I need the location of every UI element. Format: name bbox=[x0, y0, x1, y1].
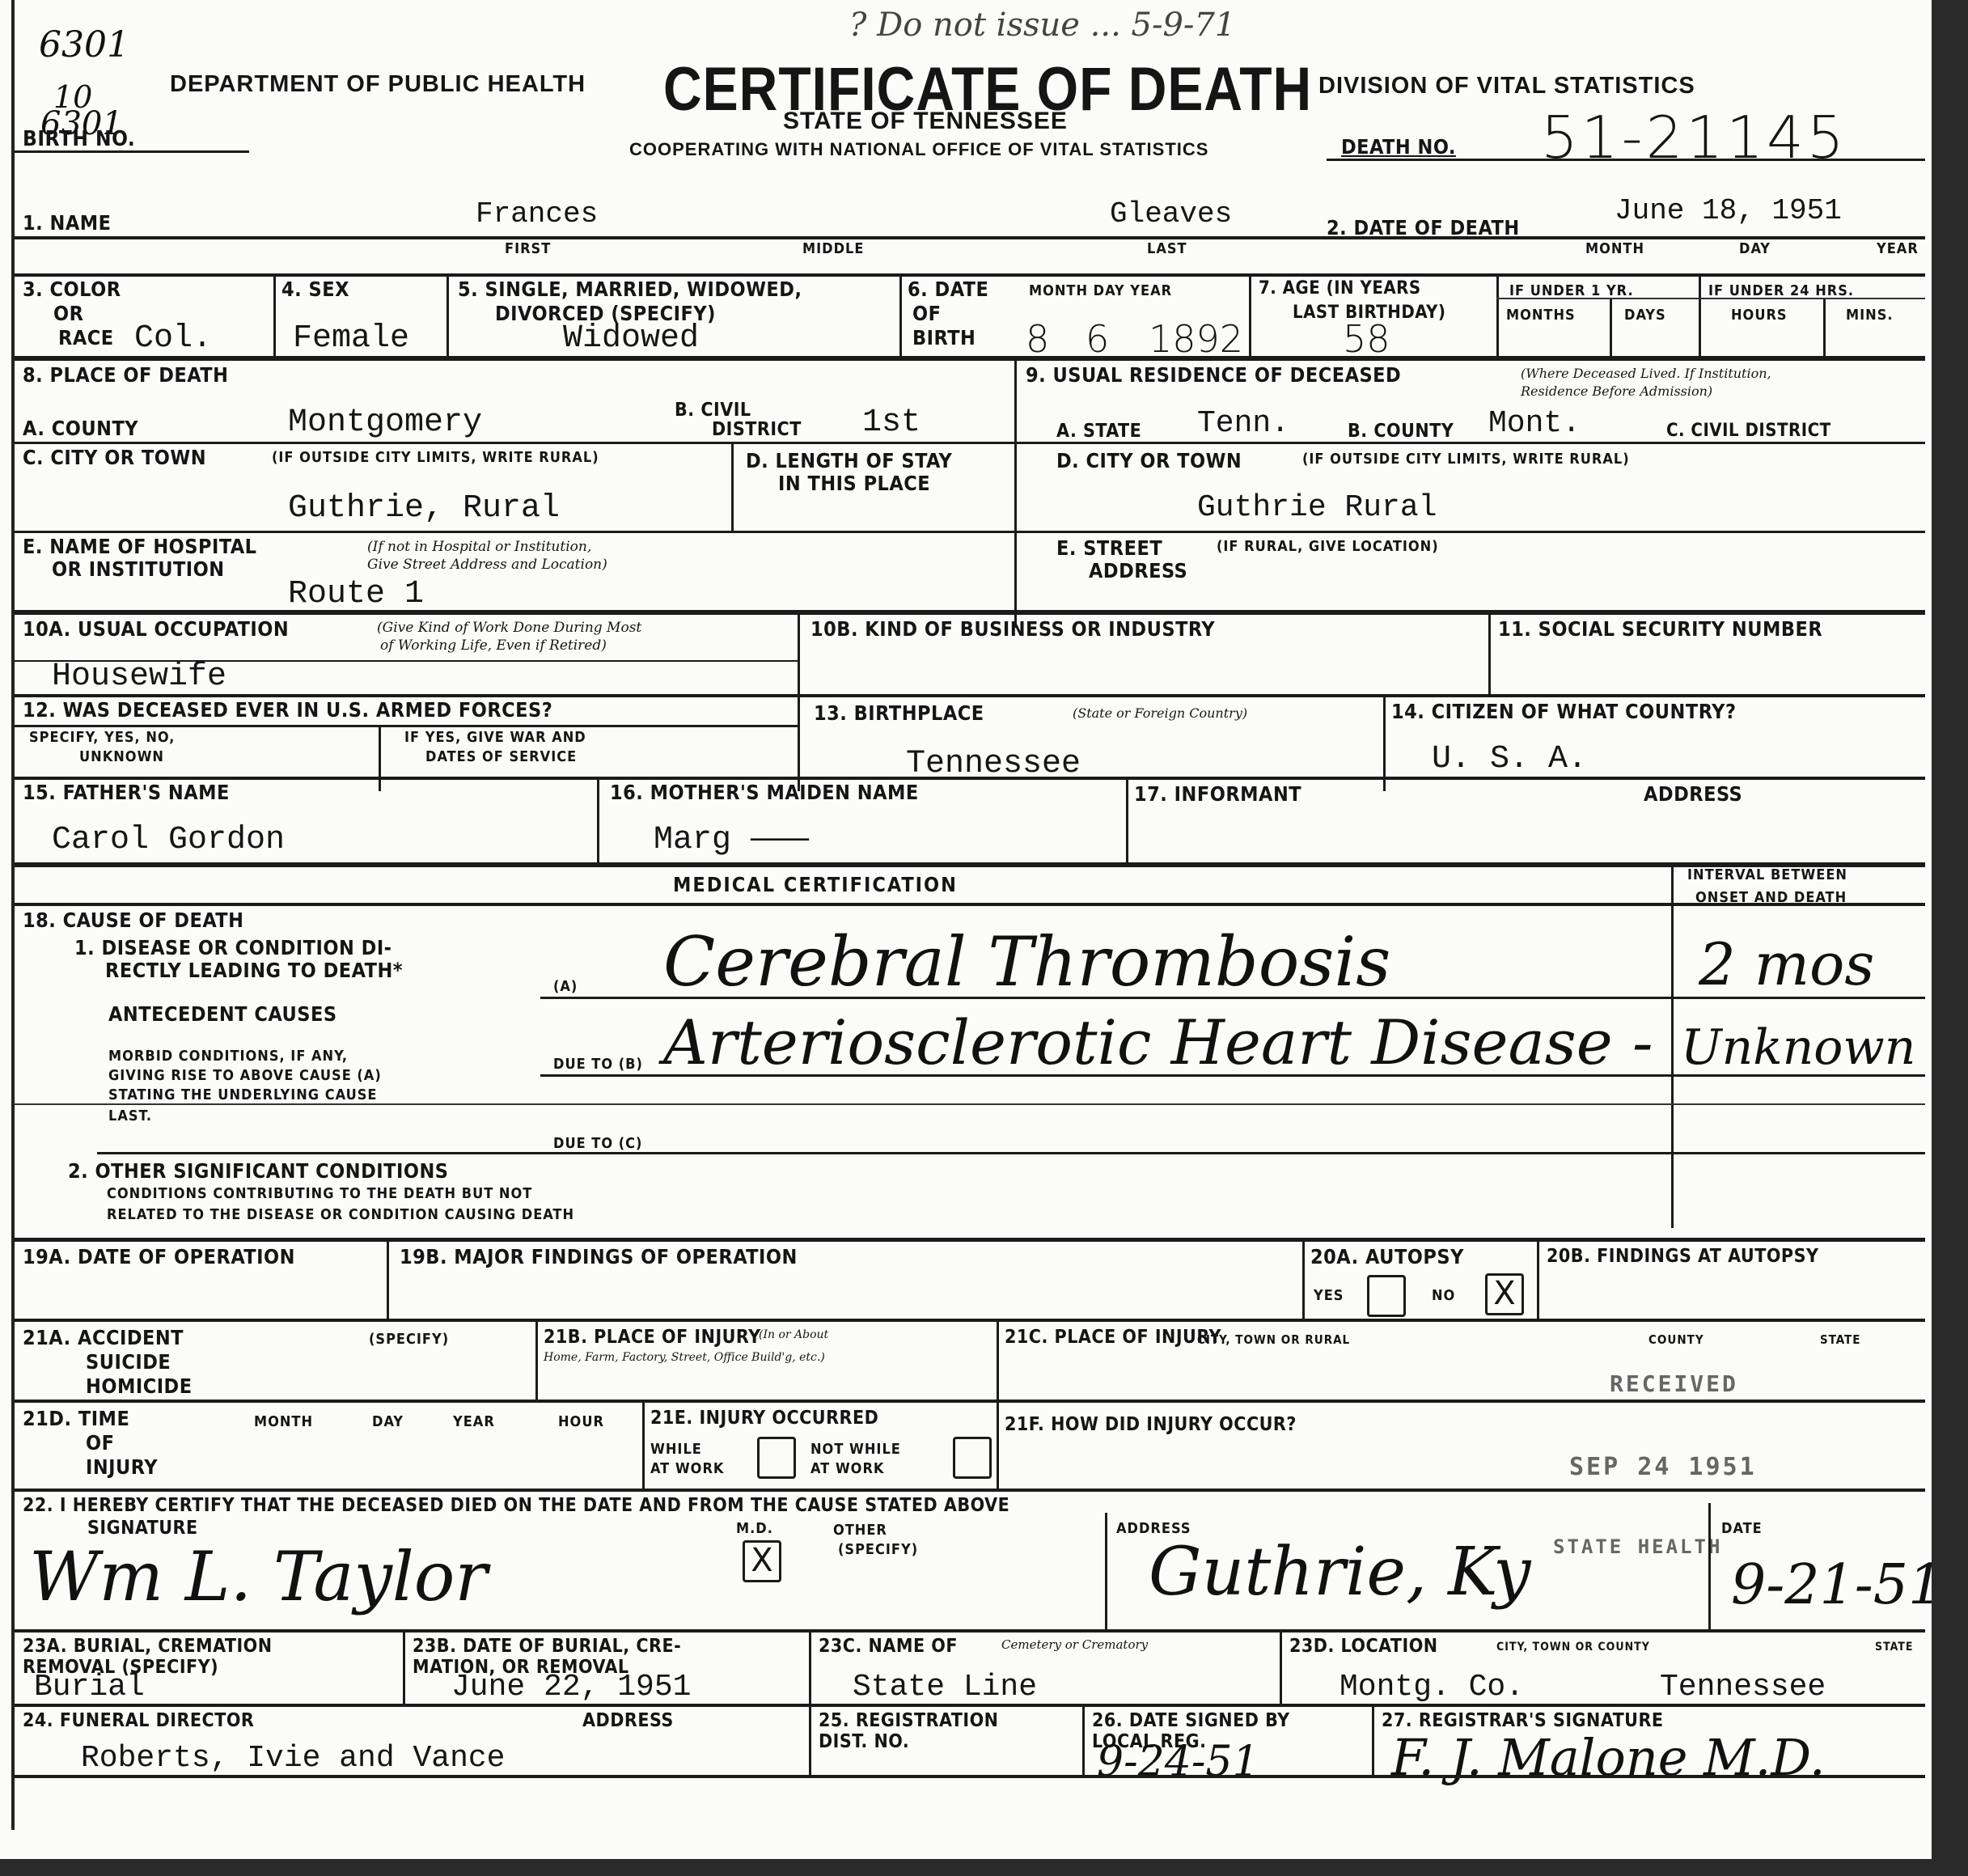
hospital-label: E. NAME OF HOSPITAL bbox=[23, 536, 256, 559]
signature-label: SIGNATURE bbox=[87, 1518, 198, 1539]
funeral-address-label: ADDRESS bbox=[582, 1710, 674, 1731]
dob-month: 8 bbox=[1026, 317, 1049, 361]
funeral-director-label: 24. FUNERAL DIRECTOR bbox=[23, 1710, 254, 1731]
res-state-value: Tenn. bbox=[1197, 406, 1289, 441]
cooperating-line: COOPERATING WITH NATIONAL OFFICE OF VITA… bbox=[629, 139, 1208, 160]
col-divider bbox=[731, 443, 734, 532]
row-divider bbox=[15, 1489, 1925, 1492]
stay-label: D. LENGTH OF STAY bbox=[746, 450, 952, 473]
race-value: Col. bbox=[134, 320, 212, 357]
morbid-label: MORBID CONDITIONS, IF ANY, bbox=[108, 1048, 348, 1065]
injury-time-of: OF bbox=[86, 1432, 115, 1455]
col-divider bbox=[1249, 273, 1251, 356]
injury-day: DAY bbox=[372, 1414, 404, 1431]
cause-a-line bbox=[540, 997, 1925, 999]
armed-war: IF YES, GIVE WAR AND bbox=[404, 730, 586, 747]
res-county-value: Mont. bbox=[1488, 406, 1581, 441]
col-divider bbox=[1488, 613, 1491, 697]
last-name: Gleaves bbox=[1110, 197, 1232, 231]
cause-b-value: Arteriosclerotic Heart Disease - bbox=[663, 1006, 1653, 1078]
mins-label: MINS. bbox=[1846, 307, 1894, 324]
death-certificate: 6301 10 6301 BIRTH NO. DEPARTMENT OF PUB… bbox=[0, 0, 1932, 1859]
burial-state-hint: STATE bbox=[1875, 1641, 1913, 1654]
days-label: DAYS bbox=[1624, 307, 1666, 324]
citizen-value: U. S. A. bbox=[1432, 741, 1587, 777]
injury-hour: HOUR bbox=[558, 1414, 604, 1431]
mother-label: 16. MOTHER'S MAIDEN NAME bbox=[610, 781, 919, 805]
hospital-label-2: OR INSTITUTION bbox=[52, 558, 225, 582]
registration-label-2: DIST. NO. bbox=[819, 1731, 909, 1752]
cemetery-hint: Cemetery or Crematory bbox=[1001, 1637, 1148, 1652]
cause-of-death-label: 18. CAUSE OF DEATH bbox=[23, 909, 243, 933]
armed-specify-2: UNKNOWN bbox=[79, 749, 164, 766]
occupation-hint-2: of Working Life, Even if Retired) bbox=[380, 637, 607, 654]
morbid-label-3: STATING THE UNDERLYING CAUSE bbox=[108, 1087, 377, 1104]
while-at-work-label-2: AT WORK bbox=[650, 1461, 724, 1478]
death-no-line bbox=[1327, 159, 1925, 161]
certifier-address: Guthrie, Ky bbox=[1149, 1534, 1531, 1611]
civil-district-label-2: DISTRICT bbox=[712, 419, 802, 440]
injury-year: YEAR bbox=[453, 1414, 495, 1431]
division-name: DIVISION OF VITAL STATISTICS bbox=[1318, 73, 1695, 100]
race-label: RACE bbox=[58, 327, 114, 350]
certify-date-label: DATE bbox=[1721, 1521, 1763, 1538]
date-signed-label: 26. DATE SIGNED BY bbox=[1092, 1710, 1290, 1731]
burial-location-label: 23D. LOCATION bbox=[1289, 1636, 1438, 1657]
col-divider bbox=[997, 1320, 999, 1490]
residence-label: 9. USUAL RESIDENCE OF DECEASED bbox=[1026, 364, 1401, 387]
name-label: 1. NAME bbox=[23, 212, 112, 235]
col-divider bbox=[1302, 1239, 1305, 1320]
dob-label: 6. DATE bbox=[908, 278, 988, 302]
row-divider bbox=[15, 1775, 1925, 1778]
injury-type-suicide: SUICIDE bbox=[86, 1351, 171, 1374]
civil-district-value: 1st bbox=[862, 404, 921, 441]
cause-b-interval: Unknown bbox=[1681, 1019, 1915, 1076]
city-hint: (IF OUTSIDE CITY LIMITS, WRITE RURAL) bbox=[272, 450, 599, 467]
cemetery-value: State Line bbox=[853, 1670, 1037, 1704]
stay-label-2: IN THIS PLACE bbox=[778, 472, 930, 496]
state-name: STATE OF TENNESSEE bbox=[783, 108, 1068, 135]
interval-divider bbox=[1671, 864, 1674, 1228]
color-label: 3. COLOR bbox=[23, 278, 121, 302]
first-name: Frances bbox=[476, 197, 598, 231]
registrar-signature: F. J. Malone M.D. bbox=[1391, 1728, 1826, 1787]
disease-label-2: RECTLY LEADING TO DEATH* bbox=[105, 959, 403, 983]
registration-label: 25. REGISTRATION bbox=[819, 1710, 999, 1731]
injury-place-c-label: 21C. PLACE OF INJURY bbox=[1005, 1327, 1221, 1348]
citizen-label: 14. CITIZEN OF WHAT COUNTRY? bbox=[1391, 701, 1737, 724]
armed-specify: SPECIFY, YES, NO, bbox=[29, 730, 175, 747]
autopsy-no-checkbox[interactable]: X bbox=[1485, 1273, 1524, 1315]
certify-statement: 22. I HEREBY CERTIFY THAT THE DECEASED D… bbox=[23, 1495, 1009, 1516]
physician-signature: Wm L. Taylor bbox=[29, 1537, 488, 1616]
date-signed-value: 9-24-51 bbox=[1097, 1738, 1259, 1786]
marital-label: 5. SINGLE, MARRIED, WIDOWED, bbox=[458, 278, 802, 302]
sub-first: FIRST bbox=[505, 241, 551, 258]
death-no: 51-21145 bbox=[1541, 104, 1847, 172]
other-conditions-hint-2: RELATED TO THE DISEASE OR CONDITION CAUS… bbox=[107, 1207, 574, 1224]
informant-label: 17. INFORMANT bbox=[1134, 783, 1301, 807]
street-label: E. STREET bbox=[1056, 537, 1162, 561]
cause-b-label: DUE TO (B) bbox=[553, 1057, 643, 1074]
col-divider bbox=[597, 778, 599, 867]
certify-date: 9-21-51 bbox=[1731, 1553, 1943, 1617]
injury-month: MONTH bbox=[254, 1414, 313, 1431]
col-divider bbox=[387, 1239, 389, 1320]
marital-value: Widowed bbox=[563, 320, 699, 357]
hospital-hint-2: Give Street Address and Location) bbox=[367, 557, 607, 573]
top-annotation: ? Do not issue ... 5-9-71 bbox=[849, 6, 1235, 44]
hospital-value: Route 1 bbox=[288, 576, 424, 612]
col-divider bbox=[1280, 1631, 1282, 1705]
row-divider bbox=[15, 236, 1925, 239]
mother-value: Marg ——— bbox=[654, 822, 809, 858]
age-subdivider bbox=[1496, 298, 1925, 299]
burial-state-value: Tennessee bbox=[1660, 1670, 1826, 1704]
sub-middle: MIDDLE bbox=[802, 241, 864, 258]
other-specify: (SPECIFY) bbox=[838, 1542, 918, 1559]
cause-b-line bbox=[540, 1074, 1925, 1077]
other-label: OTHER bbox=[833, 1522, 887, 1539]
received-date-stamp: SEP 24 1951 bbox=[1569, 1453, 1757, 1481]
col-divider bbox=[1537, 1239, 1539, 1320]
medical-heading: MEDICAL CERTIFICATION bbox=[673, 874, 958, 897]
burial-type-value: Burial bbox=[34, 1670, 145, 1704]
occupation-value: Housewife bbox=[52, 659, 226, 695]
cause-a-label: (A) bbox=[553, 979, 578, 996]
injury-place-hint-2: Home, Farm, Factory, Street, Office Buil… bbox=[544, 1351, 825, 1365]
disease-label: 1. DISEASE OR CONDITION DI- bbox=[74, 937, 392, 960]
injury-c-county: COUNTY bbox=[1648, 1333, 1704, 1347]
business-label: 10B. KIND OF BUSINESS OR INDUSTRY bbox=[810, 618, 1215, 642]
row-divider bbox=[15, 725, 798, 727]
birthplace-hint: (State or Foreign Country) bbox=[1073, 705, 1247, 721]
informant-address-label: ADDRESS bbox=[1644, 783, 1742, 807]
birthplace-label: 13. BIRTHPLACE bbox=[814, 702, 984, 726]
row-divider bbox=[15, 1400, 1925, 1403]
residence-hint: (Where Deceased Lived. If Institution, bbox=[1521, 366, 1771, 381]
father-label: 15. FATHER'S NAME bbox=[23, 781, 230, 805]
not-at-work-checkbox[interactable] bbox=[953, 1437, 992, 1479]
injury-occurred-label: 21E. INJURY OCCURRED bbox=[650, 1408, 878, 1429]
injury-place-hint: (In or About bbox=[759, 1328, 828, 1342]
col-divider bbox=[899, 273, 902, 356]
res-city-label: D. CITY OR TOWN bbox=[1056, 450, 1242, 473]
row-divider bbox=[15, 903, 1925, 906]
place-of-death-label: 8. PLACE OF DEATH bbox=[23, 364, 228, 387]
age-value: 58 bbox=[1343, 317, 1390, 361]
row-divider bbox=[15, 1319, 1925, 1322]
burial-type-label: 23A. BURIAL, CREMATION bbox=[23, 1636, 273, 1657]
cause-a-value: Cerebral Thrombosis bbox=[663, 922, 1390, 1002]
col-divider bbox=[1823, 298, 1826, 356]
county-label: A. COUNTY bbox=[23, 417, 138, 441]
injury-time-injury: INJURY bbox=[86, 1456, 158, 1480]
injury-time-label: 21D. TIME bbox=[23, 1408, 129, 1431]
ssn-label: 11. SOCIAL SECURITY NUMBER bbox=[1498, 618, 1822, 642]
row-divider bbox=[15, 273, 1925, 277]
street-label-2: ADDRESS bbox=[1089, 560, 1187, 583]
occupation-hint: (Give Kind of Work Done During Most bbox=[377, 620, 641, 636]
dob-label-birth: BIRTH bbox=[912, 327, 976, 350]
morbid-label-4: LAST. bbox=[108, 1108, 152, 1125]
row-divider bbox=[15, 694, 1925, 697]
hospital-hint: (If not in Hospital or Institution, bbox=[367, 539, 591, 555]
res-state-label: A. STATE bbox=[1056, 421, 1141, 442]
injury-c-city: CITY, TOWN OR RURAL bbox=[1197, 1333, 1350, 1347]
sub-month: MONTH bbox=[1585, 241, 1644, 258]
operation-date-label: 19A. DATE OF OPERATION bbox=[23, 1246, 295, 1269]
col-divider bbox=[1126, 778, 1128, 867]
not-at-work-label: NOT WHILE bbox=[810, 1442, 901, 1459]
row-divider bbox=[15, 862, 1925, 867]
while-at-work-checkbox[interactable] bbox=[757, 1437, 796, 1479]
antecedent-label: ANTECEDENT CAUSES bbox=[108, 1003, 337, 1027]
autopsy-findings-label: 20B. FINDINGS AT AUTOPSY bbox=[1547, 1246, 1818, 1267]
col-divider bbox=[273, 273, 276, 356]
cause-c-label: DUE TO (C) bbox=[553, 1136, 642, 1153]
birth-no-label: BIRTH NO. bbox=[23, 128, 135, 152]
burial-date-value: June 22, 1951 bbox=[451, 1670, 691, 1704]
col-divider bbox=[1610, 298, 1612, 356]
burial-location-hint: CITY, TOWN OR COUNTY bbox=[1496, 1641, 1650, 1654]
col-divider bbox=[1082, 1705, 1085, 1776]
hours-label: HOURS bbox=[1731, 307, 1788, 324]
cause-mid-line bbox=[15, 1103, 1925, 1105]
row-divider bbox=[15, 531, 1925, 533]
operation-findings-label: 19B. MAJOR FINDINGS OF OPERATION bbox=[400, 1246, 798, 1269]
col-divider bbox=[1699, 273, 1701, 356]
interval-label: INTERVAL BETWEEN bbox=[1687, 867, 1847, 884]
autopsy-label: 20A. AUTOPSY bbox=[1310, 1246, 1464, 1269]
sex-value: Female bbox=[293, 320, 409, 357]
burial-date-label: 23B. DATE OF BURIAL, CRE- bbox=[413, 1636, 681, 1657]
col-divider bbox=[447, 273, 449, 356]
autopsy-yes-label: YES bbox=[1314, 1288, 1344, 1305]
residence-hint-2: Residence Before Admission) bbox=[1521, 383, 1712, 399]
res-civil-label: C. CIVIL DISTRICT bbox=[1666, 421, 1831, 441]
city-value: Guthrie, Rural bbox=[288, 490, 560, 527]
armed-forces-label: 12. WAS DECEASED EVER IN U.S. ARMED FORC… bbox=[23, 699, 552, 722]
funeral-director-value: Roberts, Ivie and Vance bbox=[81, 1741, 506, 1776]
dob-sub: MONTH DAY YEAR bbox=[1029, 283, 1172, 300]
while-at-work-label: WHILE bbox=[650, 1442, 702, 1459]
sub-day: DAY bbox=[1739, 241, 1771, 258]
cause-c-line bbox=[97, 1152, 1925, 1154]
other-conditions-hint: CONDITIONS CONTRIBUTING TO THE DEATH BUT… bbox=[107, 1186, 532, 1203]
cause-a-interval: 2 mos bbox=[1699, 930, 1874, 998]
dob-day: 6 bbox=[1086, 317, 1109, 361]
received-stamp: RECEIVED bbox=[1610, 1370, 1738, 1397]
date-of-death: June 18, 1951 bbox=[1615, 194, 1842, 227]
civil-district-label: B. CIVIL bbox=[675, 400, 751, 421]
row-divider bbox=[15, 610, 1925, 615]
injury-place-label: 21B. PLACE OF INJURY bbox=[544, 1327, 761, 1348]
how-injury-label: 21F. HOW DID INJURY OCCUR? bbox=[1005, 1414, 1297, 1435]
autopsy-no-label: NO bbox=[1432, 1288, 1455, 1305]
armed-war-2: DATES OF SERVICE bbox=[425, 749, 577, 766]
city-label: C. CITY OR TOWN bbox=[23, 447, 206, 470]
death-no-label: DEATH NO. bbox=[1341, 136, 1456, 159]
col-divider bbox=[403, 1631, 405, 1705]
res-county-label: B. COUNTY bbox=[1348, 421, 1454, 442]
state-health-stamp: STATE HEALTH bbox=[1553, 1535, 1722, 1558]
not-at-work-label-2: AT WORK bbox=[810, 1461, 884, 1478]
sub-year: YEAR bbox=[1877, 241, 1919, 258]
col-divider bbox=[1105, 1513, 1107, 1633]
cemetery-label: 23C. NAME OF bbox=[819, 1636, 958, 1657]
department-name: DEPARTMENT OF PUBLIC HEALTH bbox=[170, 71, 586, 98]
burial-county-value: Montg. Co. bbox=[1340, 1670, 1524, 1704]
col-divider bbox=[1014, 361, 1017, 628]
col-divider bbox=[1708, 1503, 1711, 1633]
sex-label: 4. SEX bbox=[281, 278, 349, 302]
injury-c-state: STATE bbox=[1820, 1333, 1860, 1347]
md-label: M.D. bbox=[736, 1521, 773, 1538]
morbid-label-2: GIVING RISE TO ABOVE CAUSE (A) bbox=[108, 1068, 382, 1085]
row-divider bbox=[15, 442, 1925, 444]
col-divider bbox=[642, 1401, 645, 1490]
months-label: MONTHS bbox=[1506, 307, 1576, 324]
injury-type-homicide: HOMICIDE bbox=[86, 1375, 193, 1399]
md-checkbox[interactable]: X bbox=[743, 1540, 781, 1582]
col-divider bbox=[798, 613, 800, 791]
street-hint: (IF RURAL, GIVE LOCATION) bbox=[1217, 539, 1439, 556]
father-value: Carol Gordon bbox=[52, 822, 285, 858]
occupation-label: 10A. USUAL OCCUPATION bbox=[23, 618, 289, 642]
dob-year: 1892 bbox=[1149, 317, 1243, 361]
col-divider bbox=[379, 725, 381, 791]
res-city-hint: (IF OUTSIDE CITY LIMITS, WRITE RURAL) bbox=[1302, 451, 1630, 468]
col-divider bbox=[535, 1320, 538, 1400]
row-divider bbox=[15, 1704, 1925, 1707]
birth-no-line bbox=[15, 150, 249, 153]
other-conditions-label: 2. OTHER SIGNIFICANT CONDITIONS bbox=[68, 1160, 448, 1184]
county-value: Montgomery bbox=[288, 404, 482, 441]
autopsy-yes-checkbox[interactable] bbox=[1367, 1275, 1406, 1317]
col-divider bbox=[1372, 1705, 1374, 1776]
row-divider bbox=[15, 777, 1925, 780]
res-city-value: Guthrie Rural bbox=[1197, 490, 1437, 525]
sub-last: LAST bbox=[1147, 241, 1187, 258]
age-label: 7. AGE (IN YEARS bbox=[1259, 278, 1421, 299]
margin-note-1: 6301 bbox=[39, 24, 129, 66]
row-divider bbox=[15, 1629, 1925, 1633]
injury-type-label: 21A. ACCIDENT bbox=[23, 1327, 184, 1350]
dob-label-of: OF bbox=[912, 303, 942, 326]
row-divider bbox=[15, 356, 1925, 361]
injury-specify: (SPECIFY) bbox=[369, 1332, 449, 1349]
col-divider bbox=[1496, 273, 1499, 356]
color-label-or: OR bbox=[53, 303, 83, 326]
row-divider bbox=[15, 1238, 1925, 1242]
